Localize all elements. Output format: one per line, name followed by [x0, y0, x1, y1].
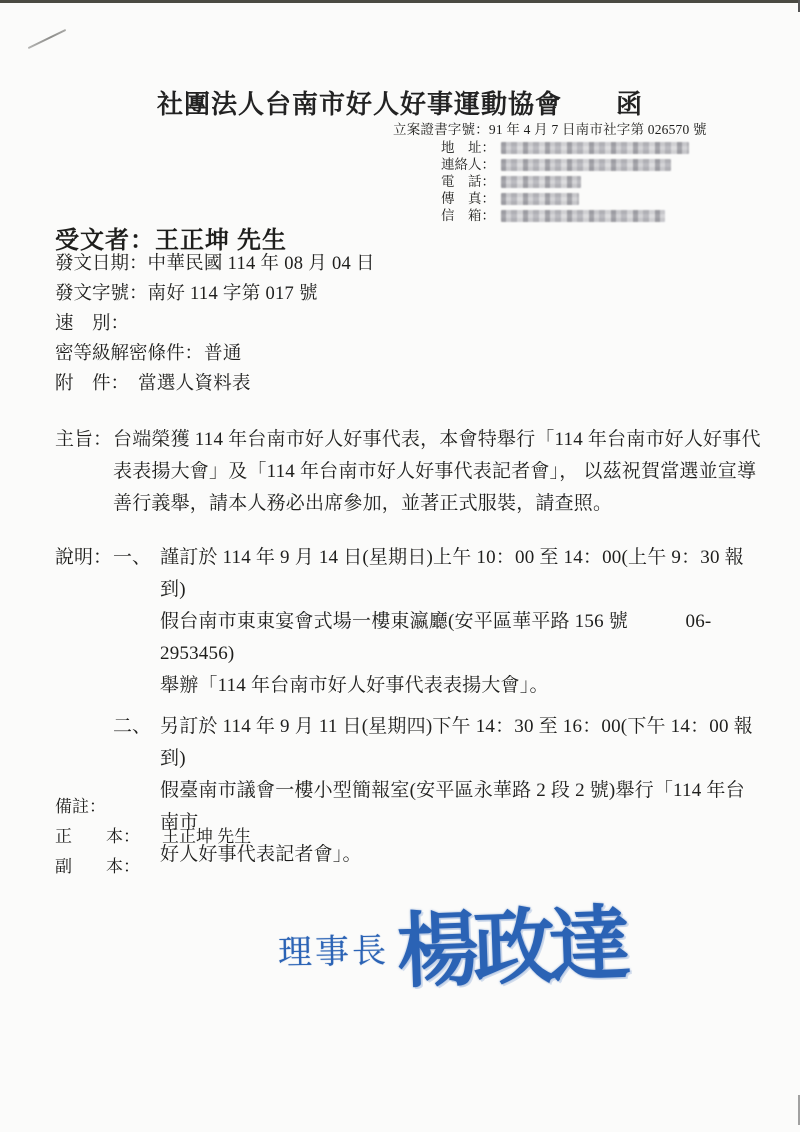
- scanned-letter-page: 社團法人台南市好人好事運動協會 函 立案證書字號：91 年 4 月 7 日南市社…: [0, 0, 800, 1132]
- address-label: 地 址：: [441, 139, 495, 156]
- chairman-name-stamp: 楊政達: [396, 904, 627, 994]
- chairman-signature-stamp: 理事長 楊政達: [278, 908, 625, 990]
- original-copy-label: 正 本：: [55, 827, 140, 846]
- contact-row-fax: 傳 真：: [441, 190, 733, 207]
- staple-mark: [28, 29, 67, 49]
- note-label: 備註：: [55, 797, 106, 816]
- footer-block: 備註： 正 本：王正坤 先生 副 本：: [55, 792, 251, 882]
- contact-row-contact-person: 連絡人：: [441, 156, 733, 173]
- contact-row-email: 信 箱：: [441, 207, 733, 224]
- attachment-value: 當選人資料表: [138, 374, 251, 394]
- chairman-title: 理事長: [278, 923, 390, 974]
- attachment-row: 附 件：當選人資料表: [55, 369, 375, 399]
- address-redacted-value: [501, 142, 689, 154]
- subject-label: 主旨：: [55, 424, 113, 520]
- email-redacted-value: [501, 210, 665, 222]
- contact-person-label: 連絡人：: [441, 156, 495, 173]
- security-value: 普通: [204, 344, 242, 364]
- doc-number-label: 發文字號：: [55, 284, 148, 304]
- explanation-item-1: 一、 謹訂於 114 年 9 月 14 日(星期日)上午 10：00 至 14：…: [113, 542, 760, 702]
- priority-label: 速 別：: [55, 314, 129, 334]
- original-copy-value: 王正坤 先生: [162, 827, 251, 846]
- doc-number-value: 南好 114 字第 017 號: [148, 284, 318, 304]
- issue-date-label: 發文日期：: [55, 254, 148, 274]
- priority-row: 速 別：: [55, 309, 375, 339]
- contact-row-phone: 電 話：: [441, 173, 733, 190]
- org-info-block: 立案證書字號：91 年 4 月 7 日南市社字第 026570 號 地 址： 連…: [393, 121, 733, 224]
- issue-date-row: 發文日期：中華民國 114 年 08 月 04 日: [55, 249, 375, 279]
- phone-redacted-value: [501, 176, 581, 188]
- security-label: 密等級解密條件：: [55, 344, 203, 364]
- security-row: 密等級解密條件：普通: [55, 339, 375, 369]
- doc-number-row: 發文字號：南好 114 字第 017 號: [55, 279, 375, 309]
- phone-label: 電 話：: [441, 173, 495, 190]
- subject-text: 台端榮獲 114 年台南市好人好事代表，本會特舉行「114 年台南市好人好事代 …: [113, 424, 765, 520]
- subject-paragraph: 主旨： 台端榮獲 114 年台南市好人好事代表，本會特舉行「114 年台南市好人…: [55, 424, 765, 520]
- duplicate-copy-label: 副 本：: [55, 857, 140, 876]
- note-row: 備註：: [55, 792, 251, 822]
- contact-rows: 地 址： 連絡人： 電 話： 傳 真： 信 箱：: [441, 139, 733, 224]
- fax-label: 傳 真：: [441, 190, 495, 207]
- contact-row-address: 地 址：: [441, 139, 733, 156]
- document-meta: 發文日期：中華民國 114 年 08 月 04 日 發文字號：南好 114 字第…: [55, 249, 375, 399]
- original-copy-row: 正 本：王正坤 先生: [55, 822, 251, 852]
- email-label: 信 箱：: [441, 207, 495, 224]
- duplicate-copy-row: 副 本：: [55, 852, 251, 882]
- scan-edge-artifact: [0, 0, 800, 3]
- item-1-text: 謹訂於 114 年 9 月 14 日(星期日)上午 10：00 至 14：00(…: [160, 542, 760, 702]
- attachment-label: 附 件：: [55, 374, 129, 394]
- issue-date-value: 中華民國 114 年 08 月 04 日: [148, 254, 375, 274]
- page-title: 社團法人台南市好人好事運動協會 函: [0, 84, 800, 121]
- item-1-marker: 一、: [113, 542, 160, 702]
- contact-person-redacted-value: [501, 159, 671, 171]
- registration-number: 立案證書字號：91 年 4 月 7 日南市社字第 026570 號: [393, 121, 733, 138]
- fax-redacted-value: [501, 193, 579, 205]
